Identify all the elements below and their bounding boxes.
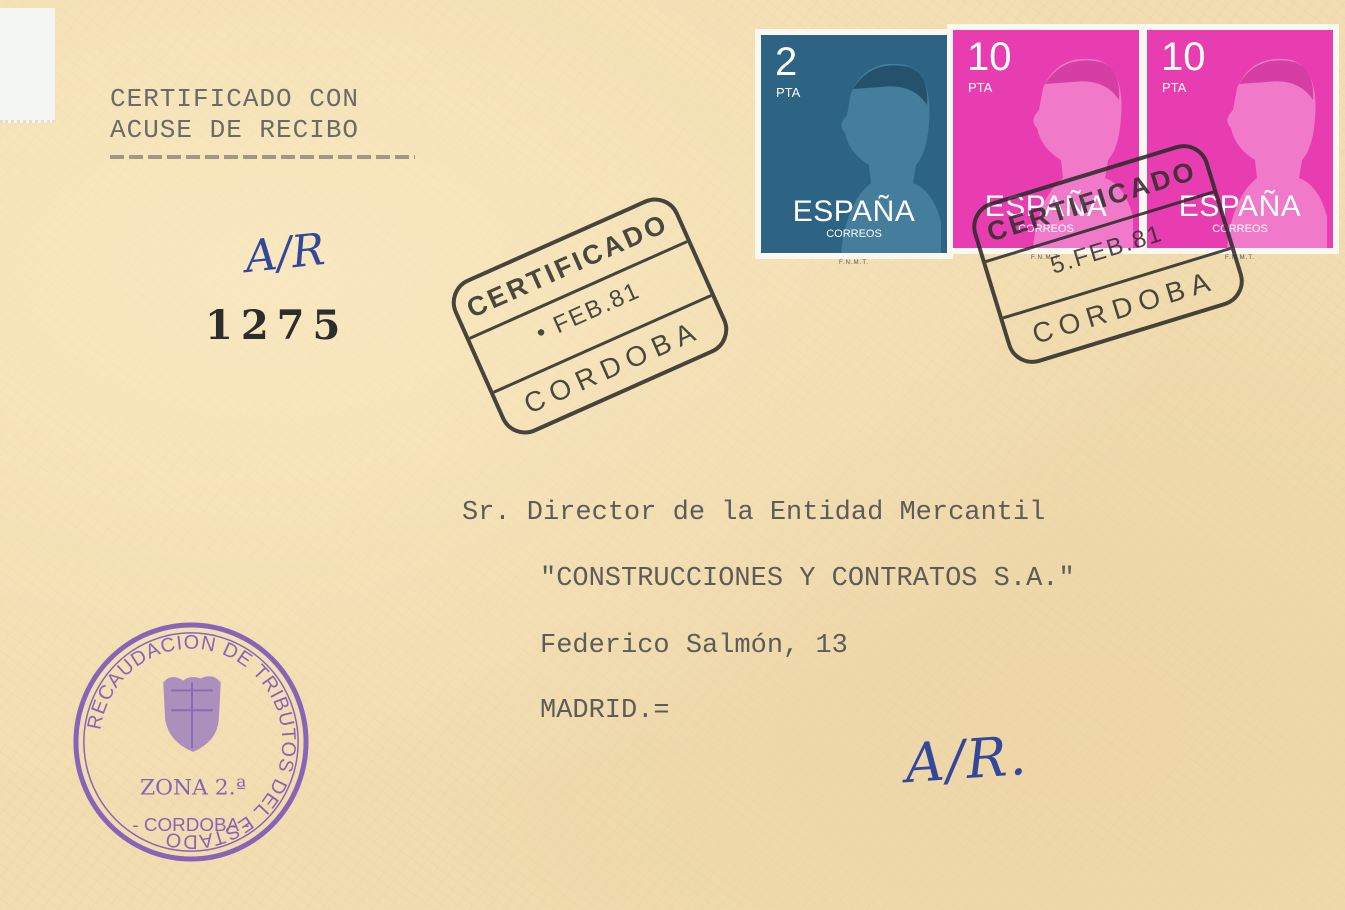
stamp-fragment [0, 8, 55, 123]
stamp-unit: PTA [968, 80, 992, 95]
seal-city: - CORDOBA - [132, 814, 249, 835]
stamp-value: 10 [967, 36, 1012, 78]
handwritten-ar-top: A/R [243, 224, 328, 283]
stamp-printer: F.N.M.T. [761, 260, 947, 266]
registered-mail-label: CERTIFICADO CON ACUSE DE RECIBO [110, 84, 359, 146]
official-tax-seal: RECAUDACION DE TRIBUTOS DEL ESTADO ZONA … [72, 620, 310, 864]
registration-number: 1275 [205, 302, 348, 349]
address-city: MADRID.= [540, 698, 670, 725]
postmark-certificado-left: CERTIFICADO • FEB.81 CORDOBA [443, 189, 736, 443]
stamp-value: 2 [775, 41, 797, 83]
registered-label-underline [110, 155, 415, 159]
address-company: "CONSTRUCCIONES Y CONTRATOS S.A." [540, 566, 1075, 593]
registered-label-line-1: CERTIFICADO CON [110, 84, 359, 115]
seal-graphic: RECAUDACION DE TRIBUTOS DEL ESTADO ZONA … [72, 620, 310, 864]
postage-stamp-2-pta: 2 PTA ESPAÑA CORREOS F.N.M.T. [761, 35, 947, 253]
registered-label-line-2: ACUSE DE RECIBO [110, 115, 359, 146]
address-recipient: Sr. Director de la Entidad Mercantil [462, 500, 1045, 527]
handwritten-ar-bottom: A/R. [903, 724, 1030, 795]
envelope: CERTIFICADO CON ACUSE DE RECIBO A/R 1275… [0, 0, 1345, 910]
stamp-postal: CORREOS [761, 228, 947, 240]
stamp-unit: PTA [776, 85, 800, 100]
address-street: Federico Salmón, 13 [540, 633, 848, 660]
stamp-country: ESPAÑA [761, 195, 947, 229]
seal-zone: ZONA 2.ª [140, 776, 246, 801]
coat-of-arms-icon [163, 676, 221, 752]
stamp-unit: PTA [1162, 80, 1186, 95]
stamp-value: 10 [1161, 36, 1206, 78]
